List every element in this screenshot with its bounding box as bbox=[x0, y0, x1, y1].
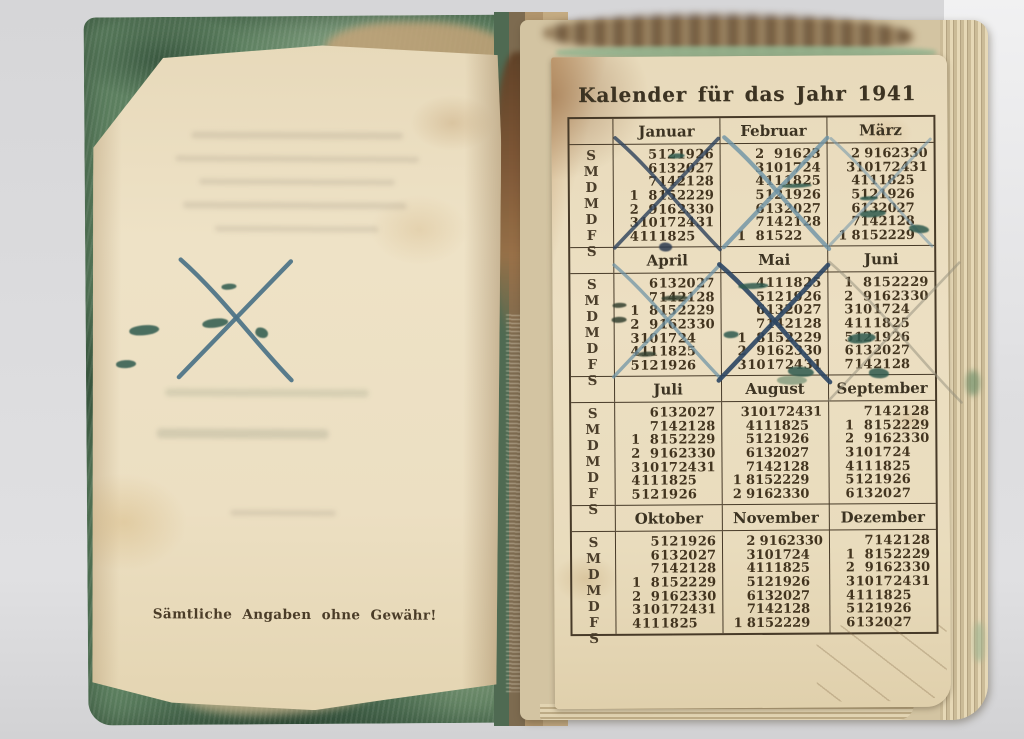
week-row: 5121926 bbox=[728, 433, 822, 447]
date-number: 17 bbox=[873, 446, 892, 459]
date-number: 22 bbox=[679, 576, 698, 589]
date-number: 13 bbox=[755, 447, 773, 460]
date-number: 17 bbox=[872, 304, 891, 317]
date-number: 3 bbox=[620, 217, 639, 230]
day-letters-column: SMDMDFS bbox=[570, 274, 615, 376]
date-number: 22 bbox=[677, 305, 696, 318]
date-number: 28 bbox=[910, 405, 929, 418]
date-number: 2 bbox=[729, 488, 742, 501]
date-number: 10 bbox=[854, 446, 873, 459]
date-number: 15 bbox=[765, 331, 784, 344]
month-header: Februar bbox=[720, 118, 827, 144]
date-number: 15 bbox=[659, 434, 678, 447]
date-number: 1 bbox=[729, 617, 742, 630]
date-number: 8 bbox=[847, 229, 860, 242]
date-number: 3 bbox=[835, 304, 854, 317]
date-number: 23 bbox=[676, 203, 695, 216]
day-letter: M bbox=[584, 164, 599, 180]
date-number: 18 bbox=[659, 475, 678, 488]
date-number: 2 bbox=[622, 590, 641, 603]
day-letter: D bbox=[588, 599, 600, 615]
date-number: 3 bbox=[621, 332, 640, 345]
date-number: 29 bbox=[697, 576, 716, 589]
date-number: 19 bbox=[773, 433, 791, 446]
date-number: 13 bbox=[660, 549, 679, 562]
date-number: 21 bbox=[892, 405, 911, 418]
date-number: 12 bbox=[764, 189, 783, 202]
week-row: 5121926 bbox=[727, 290, 821, 304]
date-number: 18 bbox=[874, 589, 893, 602]
date-number: 30 bbox=[910, 290, 929, 303]
month-header: Dezember bbox=[830, 504, 936, 530]
date-number: 21 bbox=[678, 420, 697, 433]
week-row: 5121926 bbox=[622, 488, 716, 502]
date-number: 13 bbox=[764, 202, 783, 215]
date-number: 31 bbox=[804, 406, 822, 419]
week-row: 6132027 bbox=[620, 162, 714, 176]
date-number: 26 bbox=[792, 576, 810, 589]
bleed-through-handwriting bbox=[165, 389, 369, 398]
week-row: 29162330 bbox=[729, 487, 823, 501]
date-number: 5 bbox=[836, 602, 855, 615]
date-number: 10 bbox=[855, 575, 874, 588]
scanned-book-spread: Sämtliche Angaben ohne Gewähr! Kalender … bbox=[0, 0, 1024, 739]
date-number: 1 bbox=[729, 474, 742, 487]
week-row: 6132027 bbox=[835, 344, 929, 358]
date-number: 20 bbox=[873, 487, 892, 500]
ink-blot bbox=[659, 242, 672, 251]
date-number: 7 bbox=[746, 216, 765, 229]
date-number: 29 bbox=[803, 331, 822, 344]
date-number: 3 bbox=[844, 161, 855, 174]
calendar-quarter: JuliAugustSeptemberSMDMDFS61320277142128… bbox=[571, 374, 936, 505]
date-number: 4 bbox=[746, 175, 765, 188]
date-number: 23 bbox=[892, 432, 911, 445]
day-letters-column: SMDMDFS bbox=[572, 532, 617, 634]
date-number: 12 bbox=[854, 473, 873, 486]
date-number: 1 bbox=[620, 190, 639, 203]
date-number: 16 bbox=[660, 590, 679, 603]
date-number: 8 bbox=[855, 548, 874, 561]
date-number: 1 bbox=[834, 229, 847, 242]
date-number: 15 bbox=[755, 474, 773, 487]
date-number: 27 bbox=[897, 202, 915, 215]
date-number: 9 bbox=[755, 535, 768, 548]
date-number: 12 bbox=[756, 576, 774, 589]
week-row: 6132027 bbox=[620, 278, 714, 292]
day-letter: D bbox=[586, 309, 598, 325]
date-number: 7 bbox=[854, 406, 873, 419]
date-number: 16 bbox=[659, 447, 678, 460]
date-number: 22 bbox=[773, 474, 791, 487]
week-row: 310172431 bbox=[620, 216, 714, 230]
day-letter: F bbox=[587, 228, 597, 244]
date-number: 3 bbox=[745, 162, 764, 175]
date-number: 11 bbox=[640, 475, 659, 488]
date-number: 3 bbox=[835, 446, 854, 459]
date-number: 27 bbox=[695, 162, 714, 175]
date-number: 10 bbox=[639, 217, 658, 230]
date-number: 14 bbox=[755, 460, 773, 473]
day-letter: S bbox=[588, 406, 598, 422]
date-number: 31 bbox=[697, 461, 716, 474]
week-row: 6132027 bbox=[729, 589, 823, 603]
week-row: 6132027 bbox=[836, 487, 930, 501]
date-number: 22 bbox=[676, 189, 695, 202]
day-letter: D bbox=[586, 212, 598, 228]
month-header: November bbox=[723, 505, 830, 531]
week-row: 4111825 bbox=[621, 345, 715, 359]
date-number: 14 bbox=[873, 405, 892, 418]
date-number: 20 bbox=[676, 162, 695, 175]
date-number: 18 bbox=[878, 175, 896, 188]
date-number: 30 bbox=[911, 561, 930, 574]
date-number: 7 bbox=[639, 291, 658, 304]
day-letter: S bbox=[589, 631, 599, 647]
week-row: 310172431 bbox=[836, 575, 930, 589]
date-number: 22 bbox=[678, 434, 697, 447]
date-number: 25 bbox=[803, 277, 822, 290]
calendar-title: Kalender für das Jahr 1941 bbox=[557, 81, 937, 107]
date-number: 21 bbox=[774, 603, 792, 616]
month-cell: 2916233101724411182551219266132027714212… bbox=[721, 144, 829, 247]
date-number: 9 bbox=[853, 290, 872, 303]
month-header: Mai bbox=[721, 247, 828, 273]
date-number: 7 bbox=[742, 461, 755, 474]
date-number: 23 bbox=[891, 147, 909, 160]
week-row: 29162330 bbox=[622, 590, 716, 604]
day-letter: M bbox=[584, 293, 599, 309]
week-row: 18152229 bbox=[836, 548, 930, 562]
date-number: 25 bbox=[792, 562, 810, 575]
date-number: 10 bbox=[853, 304, 872, 317]
date-number: 4 bbox=[835, 460, 854, 473]
week-row: 6132027 bbox=[622, 549, 716, 563]
week-row: 18152229 bbox=[835, 419, 929, 433]
date-number: 8 bbox=[639, 305, 658, 318]
date-number: 9 bbox=[639, 319, 658, 332]
date-number: 26 bbox=[791, 433, 809, 446]
month-cell: 5121926613202771421281815222929162330310… bbox=[614, 144, 722, 247]
date-number: 26 bbox=[896, 188, 914, 201]
date-number: 21 bbox=[773, 460, 791, 473]
date-number: 25 bbox=[677, 345, 696, 358]
date-number: 8 bbox=[640, 434, 659, 447]
month-header-row: JanuarFebruarMärz bbox=[569, 117, 933, 145]
week-row: 4111825 bbox=[729, 562, 823, 576]
date-number: 28 bbox=[696, 291, 715, 304]
calendar-quarter: OktoberNovemberDezemberSMDMDFS5121926613… bbox=[572, 503, 937, 634]
date-number: 20 bbox=[774, 589, 792, 602]
week-row: 3101724 bbox=[835, 303, 929, 317]
day-letter: F bbox=[589, 615, 599, 631]
week-row: 181522 bbox=[727, 229, 821, 243]
date-number: 17 bbox=[658, 332, 677, 345]
day-letter: D bbox=[585, 180, 597, 196]
week-row: 7142128 bbox=[727, 216, 821, 230]
date-number: 26 bbox=[803, 290, 822, 303]
date-number: 2 bbox=[847, 148, 860, 161]
date-number: 9 bbox=[641, 590, 660, 603]
date-number: 10 bbox=[764, 162, 783, 175]
date-number: 20 bbox=[784, 304, 803, 317]
date-number: 23 bbox=[891, 290, 910, 303]
week-row: 3101724 bbox=[621, 332, 715, 346]
week-row: 7142128 bbox=[728, 460, 822, 474]
date-number: 20 bbox=[678, 549, 697, 562]
date-number: 26 bbox=[677, 359, 696, 372]
date-number: 7 bbox=[641, 563, 660, 576]
date-number: 1 bbox=[622, 577, 641, 590]
week-row: 7142128 bbox=[728, 318, 822, 332]
week-row: 29162330 bbox=[621, 447, 715, 461]
date-number: 8 bbox=[746, 331, 765, 344]
month-cell: 2916233031017244111825512192661320277142… bbox=[723, 531, 831, 634]
date-number: 12 bbox=[640, 488, 659, 501]
day-letter: S bbox=[587, 277, 597, 293]
date-number: 11 bbox=[755, 420, 773, 433]
week-row: 5121926 bbox=[729, 576, 823, 590]
date-number: 3 bbox=[739, 406, 750, 419]
date-number: 16 bbox=[874, 562, 893, 575]
week-row: 5121926 bbox=[622, 535, 716, 549]
ink-blot bbox=[129, 324, 160, 337]
date-number: 12 bbox=[755, 433, 773, 446]
date-number: 30 bbox=[697, 447, 716, 460]
week-row: 29162330 bbox=[834, 147, 928, 161]
date-number: 29 bbox=[911, 548, 930, 561]
date-number: 9 bbox=[854, 433, 873, 446]
date-number: 29 bbox=[696, 305, 715, 318]
date-number: 9 bbox=[639, 203, 658, 216]
month-cell: 2916233031017243141118255121926613202771… bbox=[828, 143, 935, 246]
date-number: 30 bbox=[791, 487, 809, 500]
date-number: 1 bbox=[727, 230, 746, 243]
calendar-body-row: SMDMDFS613202771421281815222929162330310… bbox=[570, 272, 935, 376]
week-row: 29162330 bbox=[836, 561, 930, 575]
bleed-through-text-line bbox=[183, 202, 407, 210]
date-number: 11 bbox=[764, 175, 783, 188]
disclaimer-text: Sämtliche Angaben ohne Gewähr! bbox=[91, 606, 499, 624]
header-corner-cell bbox=[570, 248, 614, 273]
date-number: 15 bbox=[660, 576, 679, 589]
date-number: 16 bbox=[873, 147, 891, 160]
date-number: 16 bbox=[783, 148, 802, 161]
date-number: 19 bbox=[774, 576, 792, 589]
day-letter: F bbox=[588, 486, 598, 502]
date-number: 26 bbox=[678, 488, 697, 501]
date-number: 13 bbox=[657, 162, 676, 175]
date-number: 21 bbox=[892, 534, 911, 547]
date-number: 3 bbox=[742, 549, 755, 562]
date-number: 21 bbox=[676, 176, 695, 189]
date-number: 17 bbox=[783, 162, 802, 175]
date-number: 23 bbox=[678, 447, 697, 460]
date-number: 19 bbox=[874, 602, 893, 615]
week-row: 4111825 bbox=[622, 617, 716, 631]
crossed-out-area bbox=[174, 258, 297, 362]
date-number: 16 bbox=[765, 345, 784, 358]
date-number: 15 bbox=[658, 305, 677, 318]
date-number: 24 bbox=[792, 548, 810, 561]
ink-blot bbox=[612, 302, 626, 308]
date-number: 11 bbox=[756, 562, 774, 575]
calendar-quarter: AprilMaiJuniSMDMDFS613202771421281815222… bbox=[570, 245, 935, 376]
date-number: 28 bbox=[696, 420, 715, 433]
date-number: 5 bbox=[746, 189, 765, 202]
date-number: 25 bbox=[892, 460, 911, 473]
date-number: 20 bbox=[872, 344, 891, 357]
date-number: 6 bbox=[836, 487, 855, 500]
date-number: 14 bbox=[660, 563, 679, 576]
date-number: 29 bbox=[791, 474, 809, 487]
right-page: Kalender für das Jahr 1941 JanuarFebruar… bbox=[551, 55, 951, 709]
week-row: 4111825 bbox=[620, 230, 714, 244]
week-row: 7142128 bbox=[836, 534, 930, 548]
week-row: 5121926 bbox=[834, 188, 928, 202]
date-number: 31 bbox=[695, 216, 714, 229]
date-number: 9 bbox=[742, 488, 755, 501]
date-number: 22 bbox=[783, 229, 802, 242]
week-row: 4111825 bbox=[728, 419, 822, 433]
date-number: 20 bbox=[678, 407, 697, 420]
date-number: 4 bbox=[620, 230, 639, 243]
date-number: 22 bbox=[774, 616, 792, 629]
dog-eared-corner-creases bbox=[816, 625, 946, 702]
date-number: 22 bbox=[892, 548, 911, 561]
date-number: 5 bbox=[836, 473, 855, 486]
date-number: 4 bbox=[622, 475, 641, 488]
date-number: 31 bbox=[698, 603, 717, 616]
week-row: 7142128 bbox=[729, 603, 823, 617]
date-number: 5 bbox=[847, 188, 860, 201]
date-number: 22 bbox=[784, 331, 803, 344]
week-row: 291623 bbox=[727, 148, 821, 162]
date-number: 28 bbox=[791, 460, 809, 473]
month-cell: 1815222929162330310172441118255121926613… bbox=[828, 272, 935, 375]
month-cell: 6132027714212818152229291623303101724411… bbox=[614, 273, 722, 376]
date-number: 27 bbox=[792, 589, 810, 602]
date-number: 25 bbox=[676, 230, 695, 243]
month-cell: 5121926613202771421281815222929162330310… bbox=[616, 531, 724, 634]
date-number: 6 bbox=[746, 202, 765, 215]
day-letter: M bbox=[585, 422, 600, 438]
date-number: 10 bbox=[641, 604, 660, 617]
month-header: Januar bbox=[613, 118, 720, 144]
date-number: 27 bbox=[891, 344, 910, 357]
week-row: 29162330 bbox=[729, 535, 823, 549]
date-number: 21 bbox=[783, 216, 802, 229]
date-number: 15 bbox=[874, 548, 893, 561]
calendar-quarter: JanuarFebruarMärzSMDMDFS5121926613202771… bbox=[569, 117, 934, 247]
month-header: Oktober bbox=[616, 505, 723, 531]
date-number: 23 bbox=[773, 487, 791, 500]
date-number: 3 bbox=[728, 359, 747, 372]
ink-blot bbox=[116, 360, 136, 369]
date-number: 4 bbox=[621, 346, 640, 359]
date-number: 15 bbox=[765, 229, 784, 242]
week-row: 310172431 bbox=[622, 603, 716, 617]
day-letter: M bbox=[585, 325, 600, 341]
day-letter: S bbox=[586, 148, 596, 164]
ink-blot bbox=[738, 282, 768, 289]
date-number: 15 bbox=[657, 189, 676, 202]
date-number: 19 bbox=[784, 291, 803, 304]
date-number: 22 bbox=[891, 276, 910, 289]
week-row: 18152229 bbox=[729, 616, 823, 630]
date-number: 27 bbox=[803, 304, 822, 317]
date-number: 12 bbox=[765, 291, 784, 304]
date-number: 27 bbox=[791, 447, 809, 460]
date-number: 28 bbox=[695, 176, 714, 189]
date-number: 5 bbox=[742, 576, 755, 589]
date-number: 11 bbox=[639, 230, 658, 243]
date-number: 24 bbox=[676, 216, 695, 229]
week-row: 29162330 bbox=[621, 318, 715, 332]
date-number: 18 bbox=[658, 230, 677, 243]
week-row: 6132027 bbox=[727, 202, 821, 216]
date-number: 7 bbox=[639, 176, 658, 189]
date-number: 18 bbox=[872, 317, 891, 330]
date-number: 13 bbox=[659, 407, 678, 420]
date-number: 8 bbox=[853, 277, 872, 290]
date-number: 2 bbox=[836, 562, 855, 575]
date-number: 16 bbox=[657, 203, 676, 216]
week-row: 7142128 bbox=[621, 420, 715, 434]
week-row: 6132027 bbox=[728, 304, 822, 318]
date-number: 10 bbox=[640, 461, 659, 474]
date-number: 28 bbox=[792, 603, 810, 616]
bleed-through-text-line bbox=[175, 155, 420, 162]
date-number: 7 bbox=[746, 318, 765, 331]
calendar-body-row: SMDMDFS512192661320277142128181522292916… bbox=[570, 143, 935, 247]
month-cell: 4111825512192661320277142128181522292916… bbox=[721, 273, 829, 376]
date-number: 19 bbox=[873, 473, 892, 486]
date-number: 8 bbox=[854, 419, 873, 432]
date-number: 2 bbox=[742, 535, 755, 548]
date-number: 14 bbox=[659, 420, 678, 433]
date-number: 27 bbox=[802, 202, 821, 215]
week-row: 6132027 bbox=[621, 407, 715, 421]
date-number: 24 bbox=[893, 575, 912, 588]
date-number: 11 bbox=[853, 317, 872, 330]
date-number: 6 bbox=[835, 344, 854, 357]
header-corner-cell bbox=[569, 119, 613, 144]
date-number: 11 bbox=[641, 617, 660, 630]
date-number: 17 bbox=[660, 604, 679, 617]
date-number: 7 bbox=[847, 215, 860, 228]
week-row: 310172431 bbox=[621, 461, 715, 475]
date-number: 25 bbox=[679, 617, 698, 630]
week-row: 7142128 bbox=[620, 176, 714, 190]
date-number: 17 bbox=[765, 358, 784, 371]
date-number: 30 bbox=[910, 432, 929, 445]
date-number: 24 bbox=[891, 161, 909, 174]
week-row: 5121926 bbox=[836, 473, 930, 487]
day-letter: M bbox=[585, 454, 600, 470]
date-number: 26 bbox=[695, 149, 714, 162]
date-number: 19 bbox=[783, 189, 802, 202]
date-number: 21 bbox=[879, 215, 897, 228]
week-row: 18152229 bbox=[834, 276, 928, 290]
week-row: 310172431 bbox=[834, 161, 928, 175]
week-row: 4111825 bbox=[835, 317, 929, 331]
week-row: 29162330 bbox=[835, 432, 929, 446]
date-number: 4 bbox=[741, 420, 754, 433]
date-number: 24 bbox=[679, 603, 698, 616]
date-number: 2 bbox=[745, 148, 764, 161]
day-letter: M bbox=[586, 583, 601, 599]
